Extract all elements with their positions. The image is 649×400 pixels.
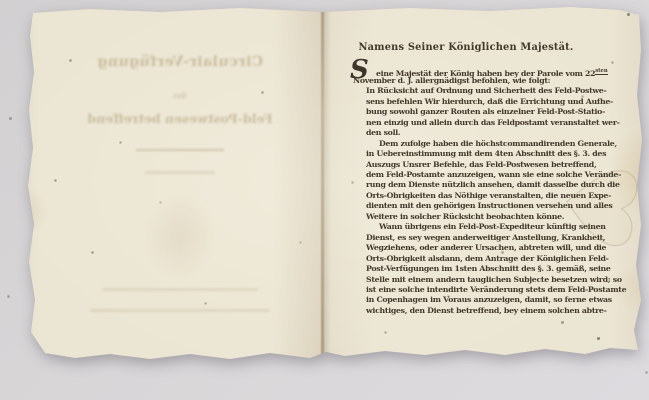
bleedthrough-title-line2: Feld-Postwesen betreffend bbox=[40, 111, 320, 126]
text-line: bung sowohl ganzer Routen als einzelner … bbox=[366, 107, 605, 117]
document-paper: Circulair-Verfügung das Feld-Postwesen b… bbox=[0, 0, 649, 400]
bleedthrough-illegible-line bbox=[145, 171, 215, 174]
text-line: wichtiges, den Dienst betreffend, bey ei… bbox=[366, 306, 607, 316]
text-line: November d. J. allergnädigst befohlen, w… bbox=[353, 76, 550, 86]
bleedthrough-rule bbox=[136, 149, 224, 151]
text-line: in Copenhagen im Voraus anzuzeigen, dami… bbox=[366, 295, 612, 305]
text-line: Auszugs Unsrer Befehle, das Feld-Postwes… bbox=[366, 160, 596, 170]
text-line: Stelle mit einem andern tauglichen Subje… bbox=[366, 275, 622, 285]
left-page-bleedthrough: Circulair-Verfügung das Feld-Postwesen b… bbox=[40, 20, 320, 360]
text-line: In Rücksicht auf Ordnung und Sicherheit … bbox=[366, 86, 606, 96]
text-line: dem Feld-Postamte anzuzeigen, wann sie e… bbox=[366, 170, 621, 180]
text-line: dienten mit den gehörigen Instructionen … bbox=[366, 201, 612, 211]
paper-sheet: Circulair-Verfügung das Feld-Postwesen b… bbox=[0, 0, 649, 400]
superscript-ordinal: sten bbox=[595, 68, 607, 75]
text-line: Orts-Obrigkeiten das Nöthige veranstalte… bbox=[366, 191, 611, 201]
text-line: ist eine solche intendirte Veränderung s… bbox=[366, 285, 626, 295]
text-line: Dem zufolge haben die höchstcommandirend… bbox=[379, 139, 617, 149]
text-line: Orts-Obrigkeit alsdann, dem Antrage der … bbox=[366, 254, 609, 264]
bleedthrough-connector: das bbox=[40, 91, 320, 100]
text-line: sens befehlen Wir hierdurch, daß die Err… bbox=[366, 97, 613, 107]
text-line: Wegziehens, oder anderer Ursachen, abtre… bbox=[366, 243, 606, 253]
text-line: nen einzig und allein durch das Feldpost… bbox=[366, 118, 620, 128]
text-line: in Uebereinstimmung mit dem 4ten Abschni… bbox=[366, 149, 606, 159]
bleedthrough-illegible-line bbox=[90, 309, 270, 312]
bleedthrough-illegible-line bbox=[102, 288, 258, 291]
foxing-specks bbox=[0, 0, 1, 1]
text-line: den soll. bbox=[366, 128, 400, 138]
photo-background: Circulair-Verfügung das Feld-Postwesen b… bbox=[0, 0, 649, 400]
bleedthrough-title-line1: Circulair-Verfügung bbox=[40, 54, 320, 70]
text-line: Dienst, es sey wegen anderweitiger Anste… bbox=[366, 233, 605, 243]
text-line: Weitere in solcher Rücksicht beobachten … bbox=[366, 212, 564, 222]
text-line: rung dem Dienste nützlich ansehen, damit… bbox=[366, 180, 620, 190]
bleedthrough-crest bbox=[136, 192, 224, 292]
text-line: Wann übrigens ein Feld-Post-Expediteur k… bbox=[379, 222, 606, 232]
page-heading: Namens Seiner Königlichen Majestät. bbox=[353, 42, 579, 53]
fold-crease bbox=[321, 9, 324, 355]
text-line: Post-Verfügungen im 1sten Abschnitt des … bbox=[366, 264, 611, 274]
